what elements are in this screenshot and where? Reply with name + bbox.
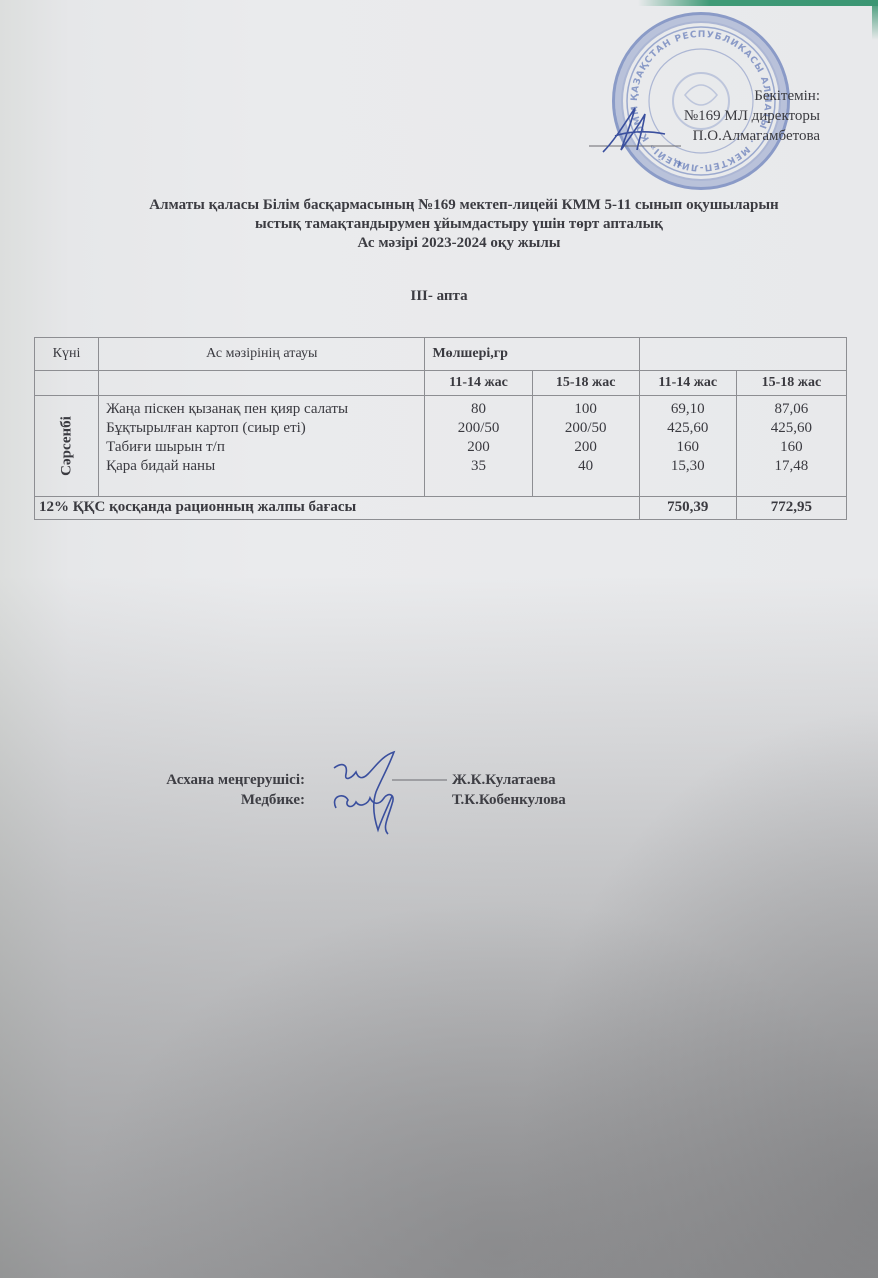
qty-value: 200: [425, 438, 531, 457]
price-value: 17,48: [737, 457, 846, 476]
age-group-price-15-18: 15-18 жас: [736, 371, 846, 396]
role-nurse: Медбике:: [120, 790, 305, 810]
header-quantity: Мөлшері,гр: [425, 338, 639, 371]
signature-roles: Асхана меңгерушісі: Медбике:: [120, 770, 305, 810]
total-row: 12% ҚҚС қосқанда рационның жалпы бағасы …: [35, 497, 847, 520]
price-value: 15,30: [640, 457, 736, 476]
total-label-cell: 12% ҚҚС қосқанда рационның жалпы бағасы: [35, 497, 640, 520]
age-group-price-11-14: 11-14 жас: [639, 371, 736, 396]
svg-text:★: ★: [675, 159, 684, 170]
qty-value: 200: [533, 438, 639, 457]
qty-value: 100: [533, 400, 639, 419]
role-canteen-head: Асхана меңгерушісі:: [120, 770, 305, 790]
name-nurse: Т.К.Кобенкулова: [452, 790, 566, 810]
day-cell: Сәрсенбі: [35, 396, 99, 497]
qty-value: 40: [533, 457, 639, 476]
price-15-18-cell: 87,06 425,60 160 17,48: [736, 396, 846, 497]
price-value: 160: [737, 438, 846, 457]
qty-value: 200/50: [425, 419, 531, 438]
approval-name: П.О.Алмагамбетова: [684, 126, 820, 146]
approval-position: №169 МЛ директоры: [684, 106, 820, 126]
age-group-qty-15-18: 15-18 жас: [532, 371, 639, 396]
approval-label: Бекітемін:: [684, 86, 820, 106]
total-price-11-14: 750,39: [640, 497, 736, 516]
price-value: 160: [640, 438, 736, 457]
menu-item: Табиғи шырын т/п: [106, 438, 424, 457]
name-canteen-head: Ж.К.Кулатаева: [452, 770, 566, 790]
table-subheader-row: 11-14 жас 15-18 жас 11-14 жас 15-18 жас: [35, 371, 847, 396]
header-day: Күні: [35, 338, 99, 371]
price-11-14-cell: 69,10 425,60 160 15,30: [639, 396, 736, 497]
week-label: ІІІ- апта: [0, 288, 878, 305]
total-15-18-cell: 772,95: [736, 497, 846, 520]
director-signature-icon: [585, 100, 685, 160]
signature-names: Ж.К.Кулатаева Т.К.Кобенкулова: [452, 770, 566, 810]
price-value: 425,60: [737, 419, 846, 438]
qty-value: 35: [425, 457, 531, 476]
total-11-14-cell: 750,39: [639, 497, 736, 520]
table-header-row: Күні Ас мәзірінің атауы Мөлшері,гр: [35, 338, 847, 371]
qty-value: 80: [425, 400, 531, 419]
folder-edge-side: [872, 0, 878, 40]
day-label: Сәрсенбі: [58, 416, 75, 476]
total-price-15-18: 772,95: [737, 497, 846, 516]
menu-items-cell: Жаңа піскен қызанақ пен қияр салаты Бұқт…: [99, 396, 425, 497]
document-title: Алматы қаласы Білім басқармасының №169 м…: [40, 196, 878, 253]
approval-block: Бекітемін: №169 МЛ директоры П.О.Алмагам…: [684, 86, 820, 146]
header-menu-name: Ас мәзірінің атауы: [99, 338, 425, 371]
qty-value: 200/50: [533, 419, 639, 438]
qty-15-18-cell: 100 200/50 200 40: [532, 396, 639, 497]
menu-table: Күні Ас мәзірінің атауы Мөлшері,гр 11-14…: [34, 337, 847, 520]
total-label: 12% ҚҚС қосқанда рационның жалпы бағасы: [35, 497, 639, 516]
age-group-qty-11-14: 11-14 жас: [425, 371, 532, 396]
title-line-1: Алматы қаласы Білім басқармасының №169 м…: [40, 196, 878, 215]
header-price: [639, 338, 846, 371]
folder-edge: [638, 0, 878, 6]
price-value: 87,06: [737, 400, 846, 419]
table-row: Сәрсенбі Жаңа піскен қызанақ пен қияр са…: [35, 396, 847, 497]
title-line-2: ыстық тамақтандырумен ұйымдастыру үшін т…: [255, 216, 663, 232]
subheader-empty: [35, 371, 99, 396]
signatures-scribble-icon: [322, 748, 452, 843]
subheader-empty: [99, 371, 425, 396]
paper-shadow: [0, 0, 878, 1278]
price-value: 69,10: [640, 400, 736, 419]
menu-item: Жаңа піскен қызанақ пен қияр салаты: [106, 400, 424, 419]
title-line-3: Ас мәзірі 2023-2024 оқу жылы: [357, 235, 560, 251]
qty-11-14-cell: 80 200/50 200 35: [425, 396, 532, 497]
menu-item: Бұқтырылған картоп (сиыр еті): [106, 419, 424, 438]
price-value: 425,60: [640, 419, 736, 438]
menu-item: Қара бидай наны: [106, 457, 424, 476]
